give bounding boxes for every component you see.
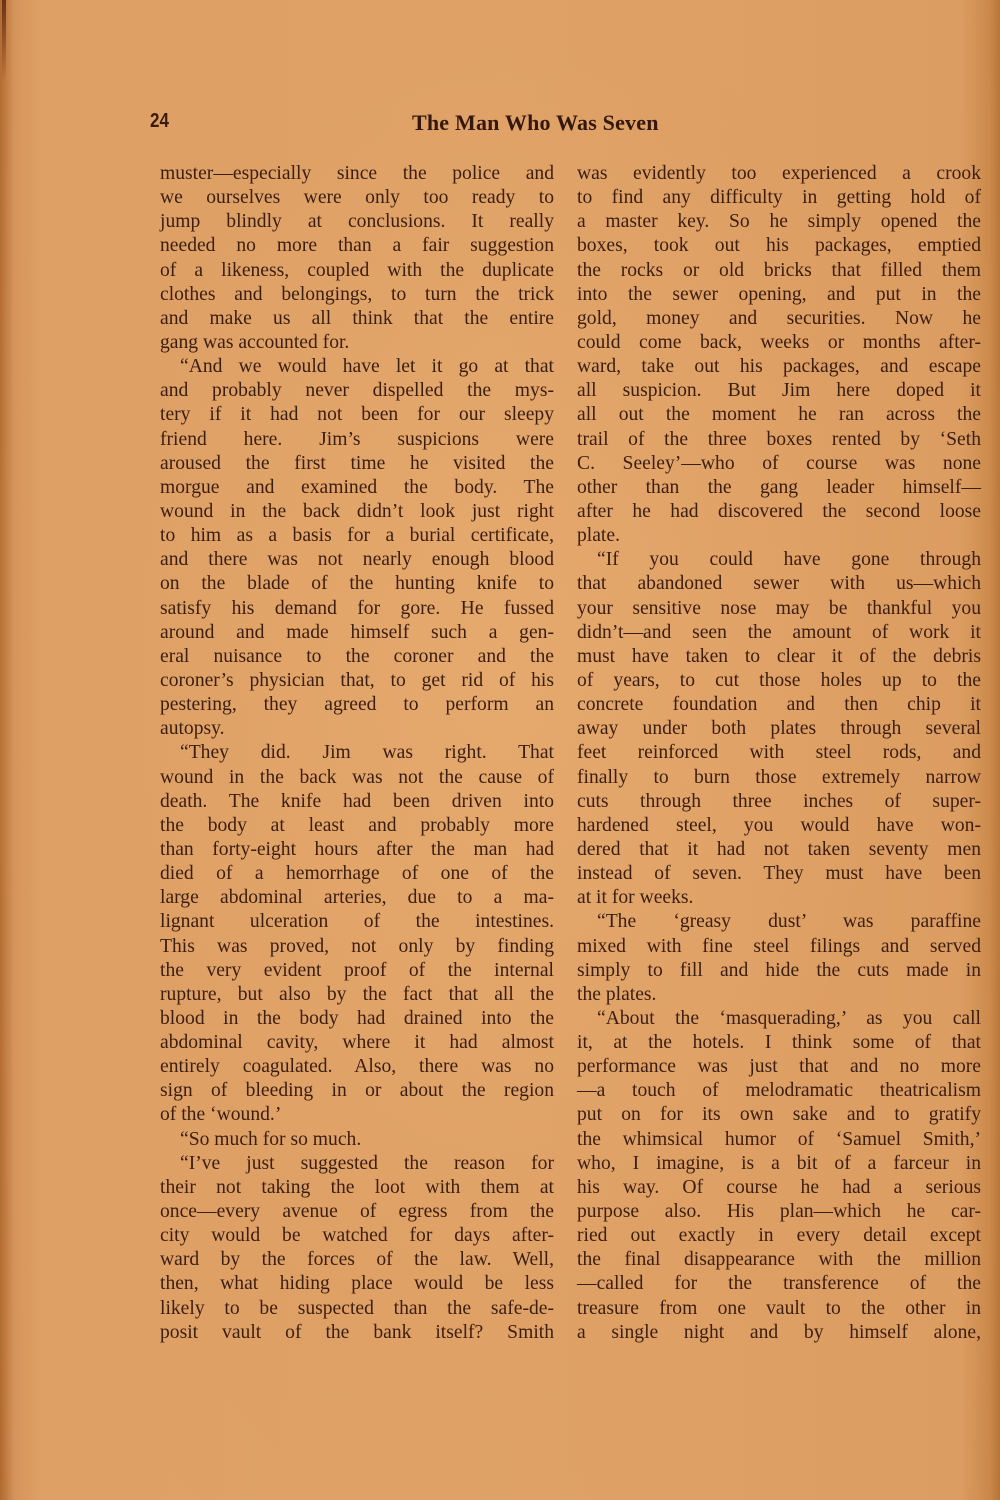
text-line: mixed with fine steel filings and served	[577, 935, 981, 959]
text-line: their not taking the loot with them at	[160, 1176, 554, 1200]
text-line: cuts through three inches of super-	[577, 790, 981, 814]
text-line: pestering, they agreed to perform an	[160, 693, 554, 717]
text-line: coroner’s physician that, to get rid of …	[160, 669, 554, 693]
text-line: sign of bleeding in or about the region	[160, 1079, 554, 1103]
text-line: his way. Of course he had a serious	[577, 1176, 981, 1200]
text-line: aroused the first time he visited the	[160, 452, 554, 476]
text-line: jump blindly at conclusions. It really	[160, 210, 554, 234]
text-line: once—every avenue of egress from the	[160, 1200, 554, 1224]
text-line: of years, to cut those holes up to the	[577, 669, 981, 693]
text-line: muster—especially since the police and	[160, 162, 554, 186]
text-line: other than the gang leader himself—	[577, 476, 981, 500]
text-line: and there was not nearly enough blood	[160, 548, 554, 572]
text-line: to him as a basis for a burial certifica…	[160, 524, 554, 548]
text-line: boxes, took out his packages, emptied	[577, 234, 981, 258]
text-line: posit vault of the bank itself? Smith	[160, 1321, 554, 1345]
text-line: into the sewer opening, and put in the	[577, 283, 981, 307]
text-line: on the blade of the hunting knife to	[160, 572, 554, 596]
text-line: dered that it had not taken seventy men	[577, 838, 981, 862]
text-line: treasure from one vault to the other in	[577, 1297, 981, 1321]
text-line: ward, take out his packages, and escape	[577, 355, 981, 379]
text-line: around and made himself such a gen-	[160, 621, 554, 645]
text-line: —called for the transference of the	[577, 1272, 981, 1296]
text-line: blood in the body had drained into the	[160, 1007, 554, 1031]
text-line: instead of seven. They must have been	[577, 862, 981, 886]
text-line: who, I imagine, is a bit of a farceur in	[577, 1152, 981, 1176]
text-line: gang was accounted for.	[160, 331, 554, 355]
text-line: likely to be suspected than the safe-de-	[160, 1297, 554, 1321]
text-line: ried out exactly in every detail except	[577, 1224, 981, 1248]
text-line: the very evident proof of the internal	[160, 959, 554, 983]
text-line: ward by the forces of the law. Well,	[160, 1248, 554, 1272]
text-line: “They did. Jim was right. That	[160, 741, 554, 765]
text-line: “So much for so much.	[160, 1128, 554, 1152]
text-line: hardened steel, you would have won-	[577, 814, 981, 838]
text-line: and make us all think that the entire	[160, 307, 554, 331]
text-line: finally to burn those extremely narrow	[577, 766, 981, 790]
text-line: rupture, but also by the fact that all t…	[160, 983, 554, 1007]
text-line: put on for its own sake and to gratify	[577, 1103, 981, 1127]
text-line: satisfy his demand for gore. He fussed	[160, 597, 554, 621]
text-line: wound in the back didn’t look just right	[160, 500, 554, 524]
text-line: a single night and by himself alone,	[577, 1321, 981, 1345]
text-line: a master key. So he simply opened the	[577, 210, 981, 234]
text-line: must have taken to clear it of the debri…	[577, 645, 981, 669]
text-line: purpose also. His plan—which he car-	[577, 1200, 981, 1224]
text-line: the rocks or old bricks that filled them	[577, 259, 981, 283]
text-line: C. Seeley’—who of course was none	[577, 452, 981, 476]
text-line: of the ‘wound.’	[160, 1103, 554, 1127]
text-line: died of a hemorrhage of one of the	[160, 862, 554, 886]
text-line: it, at the hotels. I think some of that	[577, 1031, 981, 1055]
text-line: large abdominal arteries, due to a ma-	[160, 886, 554, 910]
text-line: “The ‘greasy dust’ was paraffine	[577, 910, 981, 934]
text-line: tery if it had not been for our sleepy	[160, 403, 554, 427]
page-edge-stain	[2, 0, 6, 80]
text-line: —a touch of melodramatic theatricalism	[577, 1079, 981, 1103]
text-line: than forty-eight hours after the man had	[160, 838, 554, 862]
text-column-left: muster—especially since the police andwe…	[160, 162, 554, 1345]
text-line: all out the moment he ran across the	[577, 403, 981, 427]
page-number: 24	[150, 110, 169, 133]
book-page: 24 The Man Who Was Seven muster—especial…	[0, 0, 1000, 1500]
text-line: autopsy.	[160, 717, 554, 741]
text-line: could come back, weeks or months after-	[577, 331, 981, 355]
text-line: feet reinforced with steel rods, and	[577, 741, 981, 765]
text-line: your sensitive nose may be thankful you	[577, 597, 981, 621]
text-line: abdominal cavity, where it had almost	[160, 1031, 554, 1055]
text-line: This was proved, not only by finding	[160, 935, 554, 959]
text-line: then, what hiding place would be less	[160, 1272, 554, 1296]
text-line: at it for weeks.	[577, 886, 981, 910]
text-line: simply to fill and hide the cuts made in	[577, 959, 981, 983]
text-line: trail of the three boxes rented by ‘Seth	[577, 428, 981, 452]
text-line: “And we would have let it go at that	[160, 355, 554, 379]
text-line: friend here. Jim’s suspicions were	[160, 428, 554, 452]
text-line: performance was just that and no more	[577, 1055, 981, 1079]
text-line: plate.	[577, 524, 981, 548]
text-line: gold, money and securities. Now he	[577, 307, 981, 331]
text-line: wound in the back was not the cause of	[160, 766, 554, 790]
text-line: to find any difficulty in getting hold o…	[577, 186, 981, 210]
text-line: entirely coagulated. Also, there was no	[160, 1055, 554, 1079]
text-line: the plates.	[577, 983, 981, 1007]
text-line: that abandoned sewer with us—which	[577, 572, 981, 596]
text-line: the body at least and probably more	[160, 814, 554, 838]
text-line: and probably never dispelled the mys-	[160, 379, 554, 403]
running-title: The Man Who Was Seven	[412, 110, 659, 136]
text-line: “I’ve just suggested the reason for	[160, 1152, 554, 1176]
text-line: lignant ulceration of the intestines.	[160, 910, 554, 934]
text-line: the final disappearance with the million	[577, 1248, 981, 1272]
text-line: eral nuisance to the coroner and the	[160, 645, 554, 669]
text-line: the whimsical humor of ‘Samuel Smith,’	[577, 1128, 981, 1152]
text-line: didn’t—and seen the amount of work it	[577, 621, 981, 645]
text-line: “About the ‘masquerading,’ as you call	[577, 1007, 981, 1031]
text-line: needed no more than a fair suggestion	[160, 234, 554, 258]
running-header: 24 The Man Who Was Seven	[150, 110, 980, 142]
text-line: was evidently too experienced a crook	[577, 162, 981, 186]
text-line: morgue and examined the body. The	[160, 476, 554, 500]
text-line: “If you could have gone through	[577, 548, 981, 572]
text-line: we ourselves were only too ready to	[160, 186, 554, 210]
text-line: all suspicion. But Jim here doped it	[577, 379, 981, 403]
text-line: away under both plates through several	[577, 717, 981, 741]
text-line: clothes and belongings, to turn the tric…	[160, 283, 554, 307]
text-line: after he had discovered the second loose	[577, 500, 981, 524]
text-line: city would be watched for days after-	[160, 1224, 554, 1248]
text-column-right: was evidently too experienced a crookto …	[577, 162, 981, 1345]
text-line: concrete foundation and then chip it	[577, 693, 981, 717]
text-line: death. The knife had been driven into	[160, 790, 554, 814]
text-line: of a likeness, coupled with the duplicat…	[160, 259, 554, 283]
